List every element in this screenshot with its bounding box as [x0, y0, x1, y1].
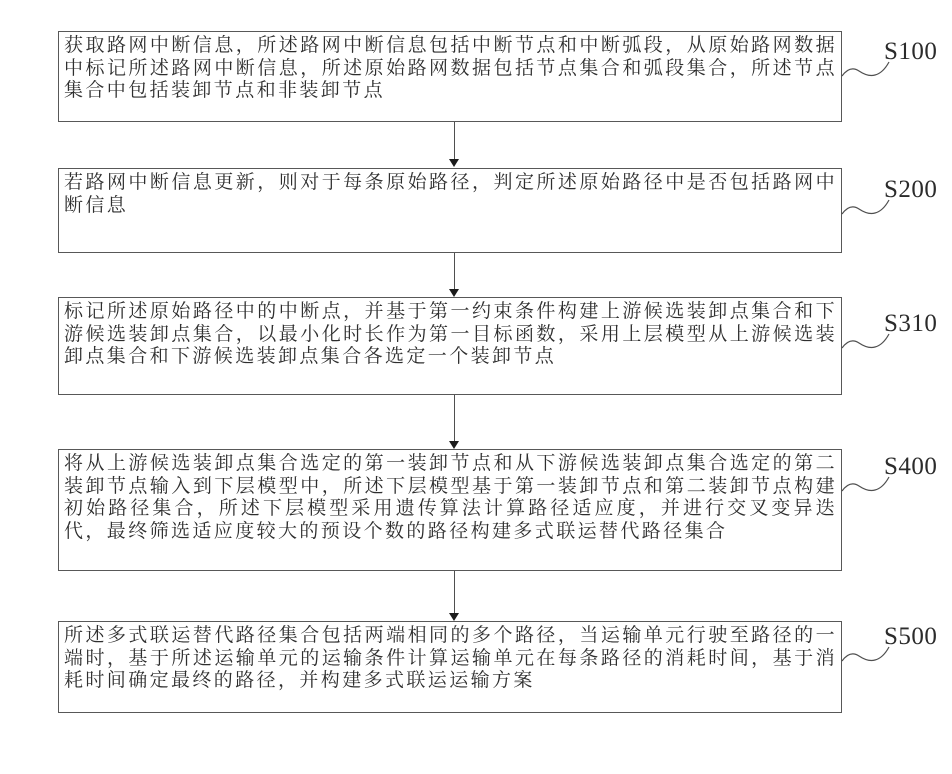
arrow-head: [449, 159, 459, 167]
leader-line: [840, 58, 892, 84]
step-box-s200: 若路网中断信息更新，则对于每条原始路径，判定所述原始路径中是否包括路网中断信息: [58, 168, 842, 253]
step-box-s500: 所述多式联运替代路径集合包括两端相同的多个路径，当运输单元行驶至路径的一端时，基…: [58, 621, 842, 713]
down-arrow-icon: [449, 395, 460, 449]
step-label-s310: S310: [884, 310, 944, 338]
down-arrow-icon: [449, 253, 460, 297]
step-box-s100: 获取路网中断信息，所述路网中断信息包括中断节点和中断弧段，从原始路网数据中标记所…: [58, 31, 842, 122]
arrow-head: [449, 613, 459, 621]
arrow-head: [449, 441, 459, 449]
arrow-head: [449, 289, 459, 297]
step-label-s200: S200: [884, 176, 944, 204]
leader-line: [840, 196, 892, 222]
step-box-s400: 将从上游候选装卸点集合选定的第一装卸节点和从下游候选装卸点集合选定的第二装卸节点…: [58, 449, 842, 571]
arrow-shaft: [454, 395, 455, 442]
leader-line: [840, 330, 892, 356]
flowchart: 获取路网中断信息，所述路网中断信息包括中断节点和中断弧段，从原始路网数据中标记所…: [0, 0, 952, 774]
step-label-s500: S500: [884, 623, 944, 651]
down-arrow-icon: [449, 571, 460, 621]
step-label-s100: S100: [884, 38, 944, 66]
leader-line: [840, 473, 892, 499]
down-arrow-icon: [449, 122, 460, 167]
arrow-shaft: [454, 122, 455, 160]
leader-line: [840, 643, 892, 669]
arrow-shaft: [454, 571, 455, 614]
step-box-s310: 标记所述原始路径中的中断点，并基于第一约束条件构建上游候选装卸点集合和下游候选装…: [58, 297, 842, 395]
arrow-shaft: [454, 253, 455, 290]
step-label-s400: S400: [884, 453, 944, 481]
